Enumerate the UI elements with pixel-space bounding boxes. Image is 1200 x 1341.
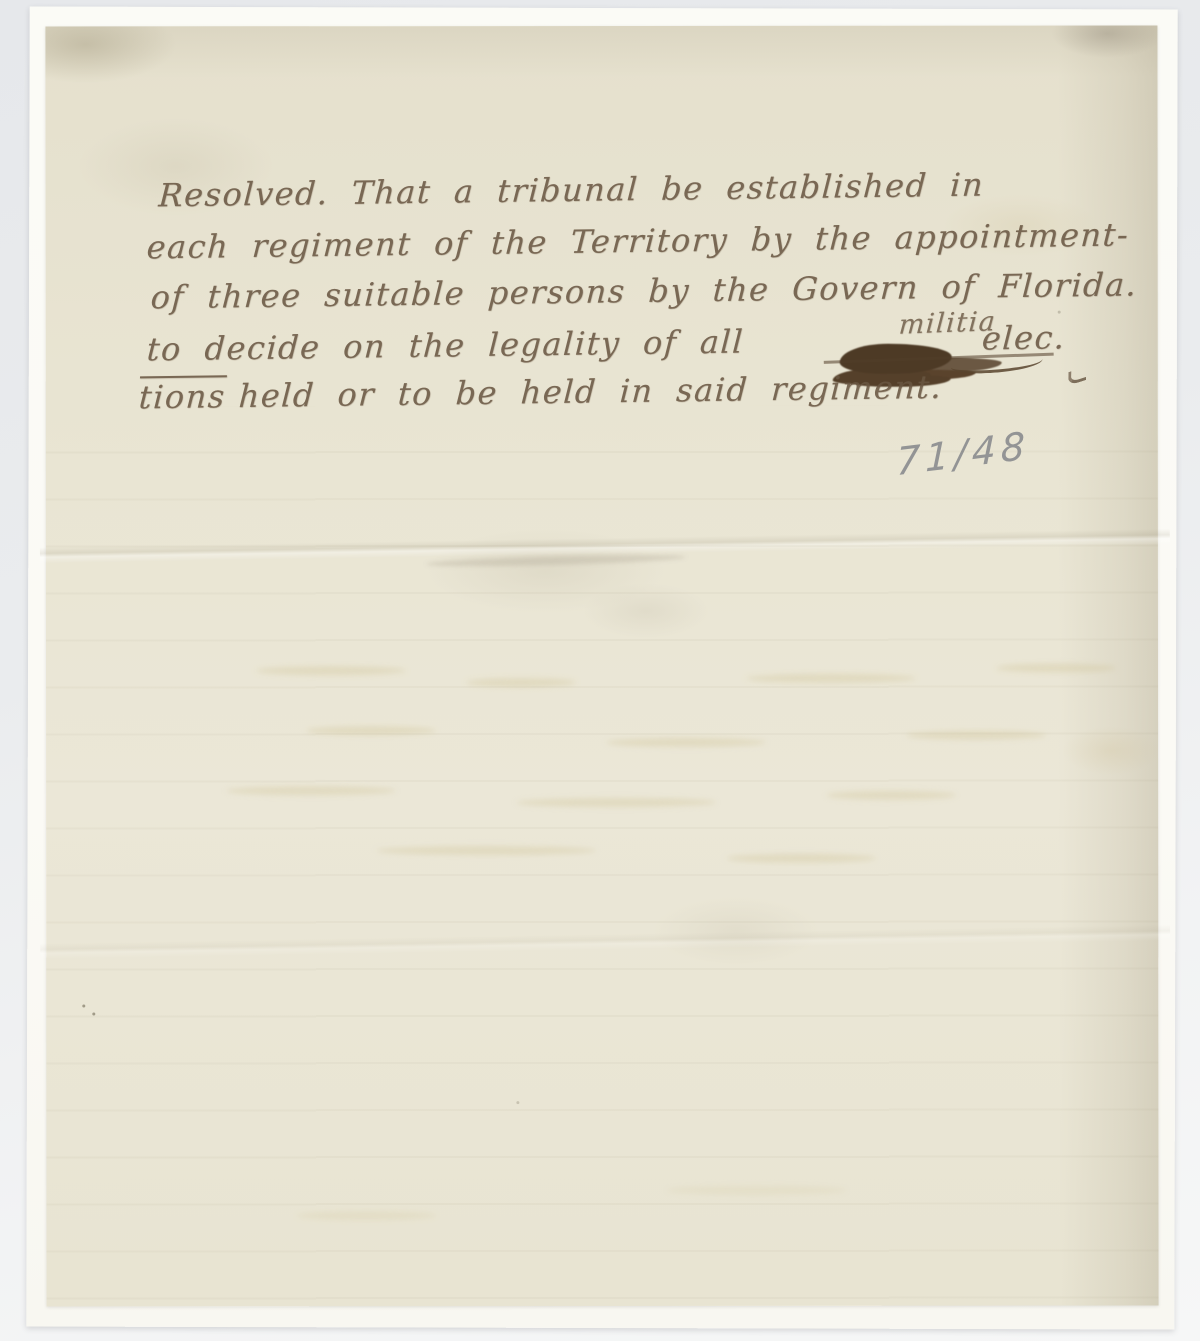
- paper-speck: [516, 1101, 519, 1104]
- paper-speck: [82, 1004, 85, 1007]
- paper-speck: [751, 288, 754, 291]
- text-line-2: each regiment of the Territory by the ap…: [146, 216, 1131, 267]
- text-line-1: Resolved. That a tribunal be established…: [158, 166, 986, 215]
- text-line-5-rest: held or to be held in said regiment.: [238, 368, 944, 415]
- text-line-4-before: to decide on the legality of all: [146, 323, 745, 369]
- manuscript-text: Resolved. That a tribunal be established…: [45, 26, 1158, 1307]
- paper-speck: [92, 1012, 95, 1015]
- document-scan: Resolved. That a tribunal be established…: [0, 0, 1200, 1341]
- text-line-5: tionsheld or to be held in said regiment…: [138, 368, 944, 417]
- inserted-word-militia: militia: [898, 306, 998, 341]
- insertion-caret-mark: [1068, 366, 1087, 386]
- paper-speck: [1058, 311, 1061, 314]
- manuscript-page: Resolved. That a tribunal be established…: [45, 26, 1158, 1307]
- catchword-tions: tions: [138, 377, 227, 416]
